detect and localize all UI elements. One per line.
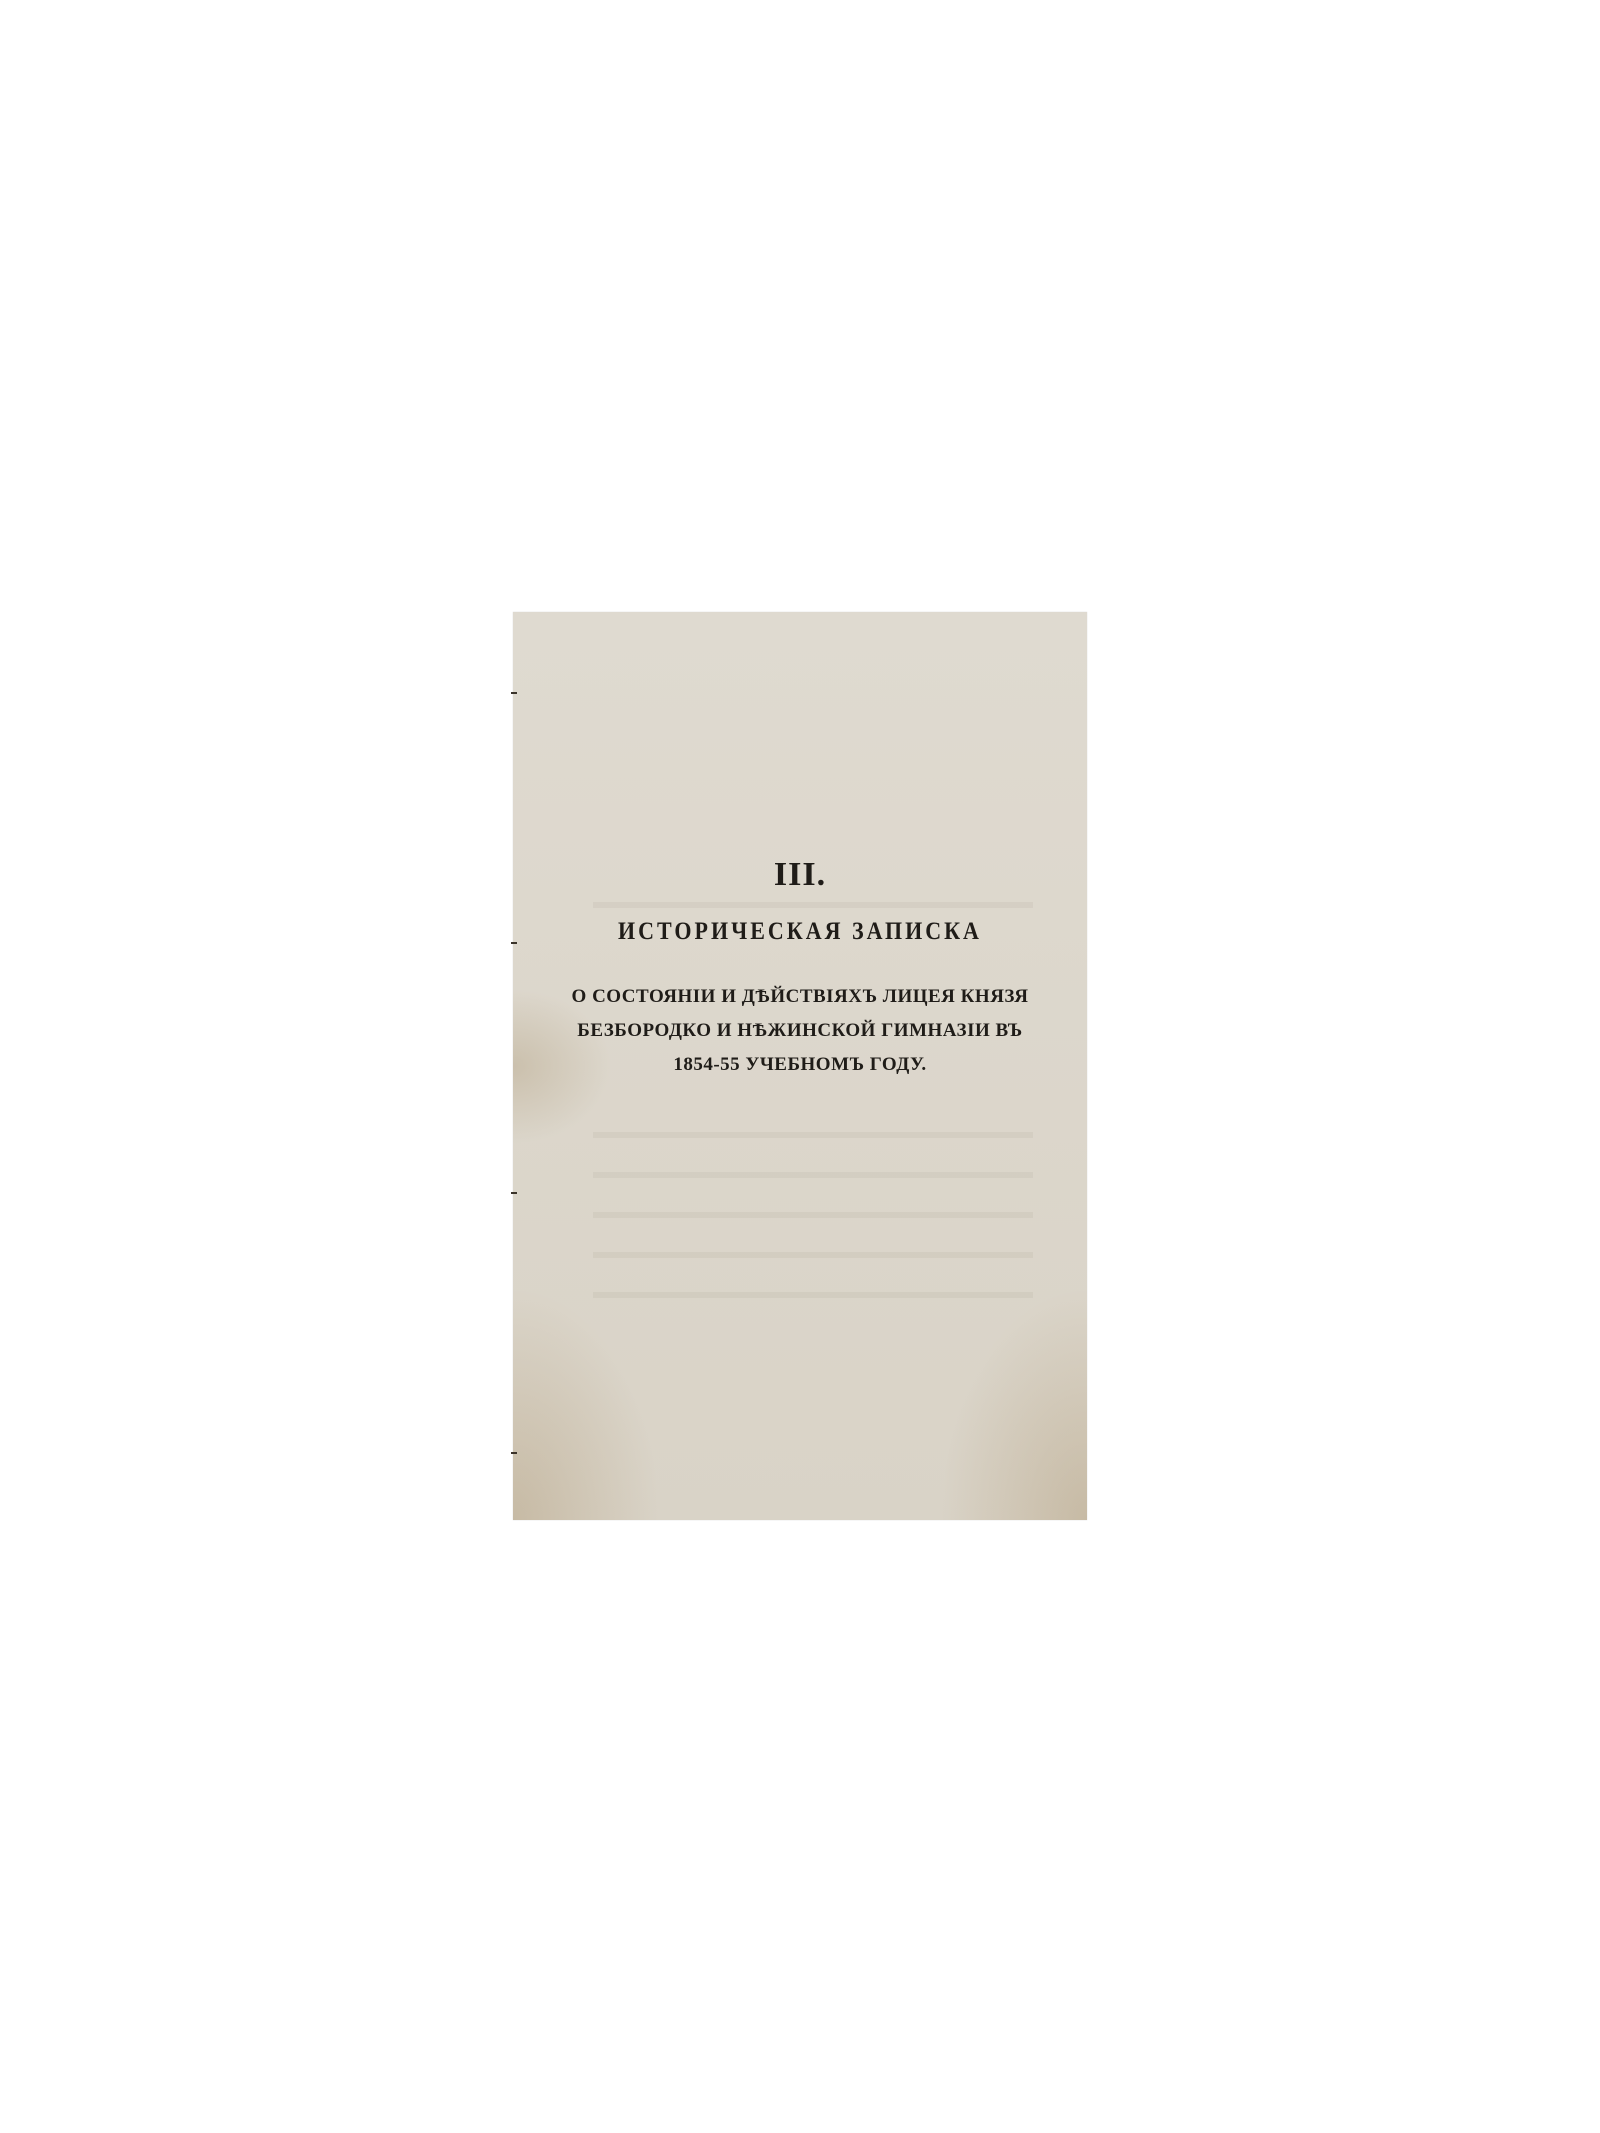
document-page: III. ИСТОРИЧЕСКАЯ ЗАПИСКА О СОСТОЯНІИ И … [513, 612, 1087, 1520]
subtitle-line: 1854-55 УЧЕБНОМЪ ГОДУ. [513, 1054, 1087, 1076]
show-through-text [593, 1132, 1033, 1138]
binding-stitch [511, 1192, 517, 1194]
show-through-text [593, 1212, 1033, 1218]
show-through-text [593, 1252, 1033, 1258]
show-through-text [593, 1292, 1033, 1298]
binding-stitch [511, 692, 517, 694]
subtitle-line: О СОСТОЯНІИ И ДѢЙСТВІЯХЪ ЛИЦЕЯ КНЯЗЯ [513, 986, 1087, 1008]
binding-stitch [511, 1452, 517, 1454]
subtitle-line: БЕЗБОРОДКО И НѢЖИНСКОЙ ГИМНАЗІИ ВЪ [513, 1020, 1087, 1042]
section-numeral: III. [513, 856, 1087, 894]
document-title: ИСТОРИЧЕСКАЯ ЗАПИСКА [513, 916, 1087, 946]
show-through-text [593, 902, 1033, 908]
show-through-text [593, 1172, 1033, 1178]
